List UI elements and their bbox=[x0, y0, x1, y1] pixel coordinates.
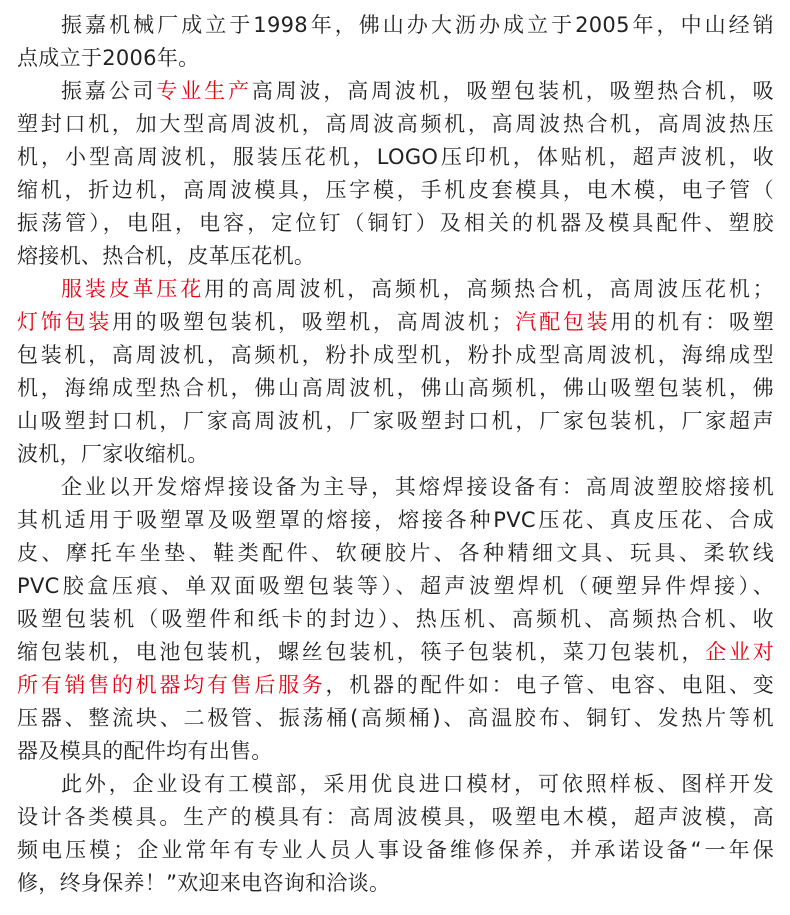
text-line: 塑封口机，加大型高周波机，高周波高频机，高周波热合机，高周波热压 bbox=[17, 108, 774, 141]
text-line: 包装机，高周波机，高频机，粉扑成型机，粉扑成型高周波机，海绵成型 bbox=[17, 339, 774, 372]
text-line: 振荡管），电阻，电容，定位钉（铜钉）及相关的机器及模具配件、塑胶 bbox=[17, 207, 774, 240]
highlighted-text: 所有销售的机器均有售后服务 bbox=[17, 673, 326, 697]
body-text: 此外，企业设有工模部，采用优良进口模材，可依照样板、图样开发 bbox=[61, 772, 774, 796]
text-line: 此外，企业设有工模部，采用优良进口模材，可依照样板、图样开发 bbox=[17, 768, 774, 801]
text-line: 设计各类模具。生产的模具有：高周波模具，吸塑电木模，超声波模，高 bbox=[17, 801, 774, 834]
text-line: 振嘉机械厂成立于1998年，佛山办大沥办成立于2005年，中山经销 bbox=[17, 9, 774, 42]
text-line: 山吸塑封口机，厂家高周波机，厂家吸塑封口机，厂家包装机，厂家超声 bbox=[17, 405, 774, 438]
highlighted-text: 服装皮革压花 bbox=[61, 277, 204, 301]
body-text: PVC胶盒压痕、单双面吸塑包装等）、超声波塑焊机（硬塑异件焊接）、 bbox=[17, 574, 774, 598]
highlighted-text: 汽配包装 bbox=[513, 310, 610, 334]
text-line: 皮、摩托车坐垫、鞋类配件、软硬胶片、各种精细文具、玩具、柔软线 bbox=[17, 537, 774, 570]
body-text: 振荡管），电阻，电容，定位钉（铜钉）及相关的机器及模具配件、塑胶 bbox=[17, 211, 774, 235]
text-line: 缩包装机，电池包装机，螺丝包装机，筷子包装机，菜刀包装机，企业对 bbox=[17, 636, 774, 669]
body-text: 皮、摩托车坐垫、鞋类配件、软硬胶片、各种精细文具、玩具、柔软线 bbox=[17, 541, 774, 565]
highlighted-text: 灯饰包装 bbox=[17, 310, 112, 334]
body-text: 用的吸塑包装机，吸塑机，高周波机； bbox=[112, 310, 513, 334]
body-text: 机，小型高周波机，服装压花机，LOGO压印机，体贴机，超声波机，收 bbox=[17, 145, 774, 169]
body-text: 频电压模；企业常年有专业人员人事设备维修保养，并承诺设备“一年保 bbox=[17, 838, 774, 862]
text-line: 压器、整流块、二极管、振荡桶(高频桶)、高温胶布、铜钉、发热片等机 bbox=[17, 702, 774, 735]
body-text: 用的机有：吸塑 bbox=[610, 310, 774, 334]
highlighted-text: 专业生产 bbox=[156, 79, 251, 103]
body-text: ，机器的配件如：电子管、电容、电阻、变 bbox=[326, 673, 774, 697]
body-text: 其机适用于吸塑罩及吸塑罩的熔接，熔接各种PVC压花、真皮压花、合成 bbox=[17, 508, 774, 532]
body-text: 高周波，高周波机，吸塑包装机，吸塑热合机，吸 bbox=[252, 79, 774, 103]
body-text: 塑封口机，加大型高周波机，高周波高频机，高周波热合机，高周波热压 bbox=[17, 112, 774, 136]
body-text: 缩包装机，电池包装机，螺丝包装机，筷子包装机，菜刀包装机， bbox=[17, 640, 705, 664]
text-line: 器及模具的配件均有出售。 bbox=[17, 735, 774, 768]
text-line: PVC胶盒压痕、单双面吸塑包装等）、超声波塑焊机（硬塑异件焊接）、 bbox=[17, 570, 774, 603]
paragraph: 企业以开发熔焊接设备为主导，其熔焊接设备有：高周波塑胶熔接机其机适用于吸塑罩及吸… bbox=[17, 471, 774, 768]
body-text: 点成立于2006年。 bbox=[17, 46, 199, 70]
text-line: 振嘉公司专业生产高周波，高周波机，吸塑包装机，吸塑热合机，吸 bbox=[17, 75, 774, 108]
text-line: 企业以开发熔焊接设备为主导，其熔焊接设备有：高周波塑胶熔接机 bbox=[17, 471, 774, 504]
body-text: 吸塑包装机（吸塑件和纸卡的封边）、热压机、高频机、高频热合机、收 bbox=[17, 607, 774, 631]
paragraph: 服装皮革压花用的高周波机，高频机，高频热合机，高周波压花机；灯饰包装用的吸塑包装… bbox=[17, 273, 774, 471]
text-line: 缩机，折边机，高周波模具，压字模，手机皮套模具，电木模，电子管（ bbox=[17, 174, 774, 207]
body-text: 修，终身保养！”欢迎来电咨询和洽谈。 bbox=[17, 871, 390, 895]
body-text: 用的高周波机，高频机，高频热合机，高周波压花机； bbox=[204, 277, 774, 301]
paragraph: 振嘉公司专业生产高周波，高周波机，吸塑包装机，吸塑热合机，吸塑封口机，加大型高周… bbox=[17, 75, 774, 273]
body-text: 企业以开发熔焊接设备为主导，其熔焊接设备有：高周波塑胶熔接机 bbox=[61, 475, 774, 499]
text-line: 机，小型高周波机，服装压花机，LOGO压印机，体贴机，超声波机，收 bbox=[17, 141, 774, 174]
paragraph: 此外，企业设有工模部，采用优良进口模材，可依照样板、图样开发设计各类模具。生产的… bbox=[17, 768, 774, 900]
paragraph: 振嘉机械厂成立于1998年，佛山办大沥办成立于2005年，中山经销点成立于200… bbox=[17, 9, 774, 75]
body-text: 振嘉公司 bbox=[61, 79, 156, 103]
body-text: 设计各类模具。生产的模具有：高周波模具，吸塑电木模，超声波模，高 bbox=[17, 805, 774, 829]
text-line: 机，海绵成型热合机，佛山高周波机，佛山高频机，佛山吸塑包装机，佛 bbox=[17, 372, 774, 405]
body-text: 缩机，折边机，高周波模具，压字模，手机皮套模具，电木模，电子管（ bbox=[17, 178, 774, 202]
text-line: 其机适用于吸塑罩及吸塑罩的熔接，熔接各种PVC压花、真皮压花、合成 bbox=[17, 504, 774, 537]
text-line: 频电压模；企业常年有专业人员人事设备维修保养，并承诺设备“一年保 bbox=[17, 834, 774, 867]
text-line: 吸塑包装机（吸塑件和纸卡的封边）、热压机、高频机、高频热合机、收 bbox=[17, 603, 774, 636]
text-line: 熔接机、热合机，皮革压花机。 bbox=[17, 240, 774, 273]
text-line: 修，终身保养！”欢迎来电咨询和洽谈。 bbox=[17, 867, 774, 900]
text-line: 灯饰包装用的吸塑包装机，吸塑机，高周波机；汽配包装用的机有：吸塑 bbox=[17, 306, 774, 339]
body-text: 器及模具的配件均有出售。 bbox=[17, 739, 273, 763]
body-text: 压器、整流块、二极管、振荡桶(高频桶)、高温胶布、铜钉、发热片等机 bbox=[17, 706, 774, 730]
text-line: 所有销售的机器均有售后服务，机器的配件如：电子管、电容、电阻、变 bbox=[17, 669, 774, 702]
body-text: 振嘉机械厂成立于1998年，佛山办大沥办成立于2005年，中山经销 bbox=[61, 13, 774, 37]
body-text: 机，海绵成型热合机，佛山高周波机，佛山高频机，佛山吸塑包装机，佛 bbox=[17, 376, 774, 400]
body-text: 波机，厂家收缩机。 bbox=[17, 442, 209, 466]
body-text: 山吸塑封口机，厂家高周波机，厂家吸塑封口机，厂家包装机，厂家超声 bbox=[17, 409, 774, 433]
highlighted-text: 企业对 bbox=[705, 640, 774, 664]
text-line: 服装皮革压花用的高周波机，高频机，高频热合机，高周波压花机； bbox=[17, 273, 774, 306]
text-line: 点成立于2006年。 bbox=[17, 42, 774, 75]
body-text: 熔接机、热合机，皮革压花机。 bbox=[17, 244, 315, 268]
company-intro-document: 振嘉机械厂成立于1998年，佛山办大沥办成立于2005年，中山经销点成立于200… bbox=[0, 0, 790, 900]
body-text: 包装机，高周波机，高频机，粉扑成型机，粉扑成型高周波机，海绵成型 bbox=[17, 343, 774, 367]
text-line: 波机，厂家收缩机。 bbox=[17, 438, 774, 471]
